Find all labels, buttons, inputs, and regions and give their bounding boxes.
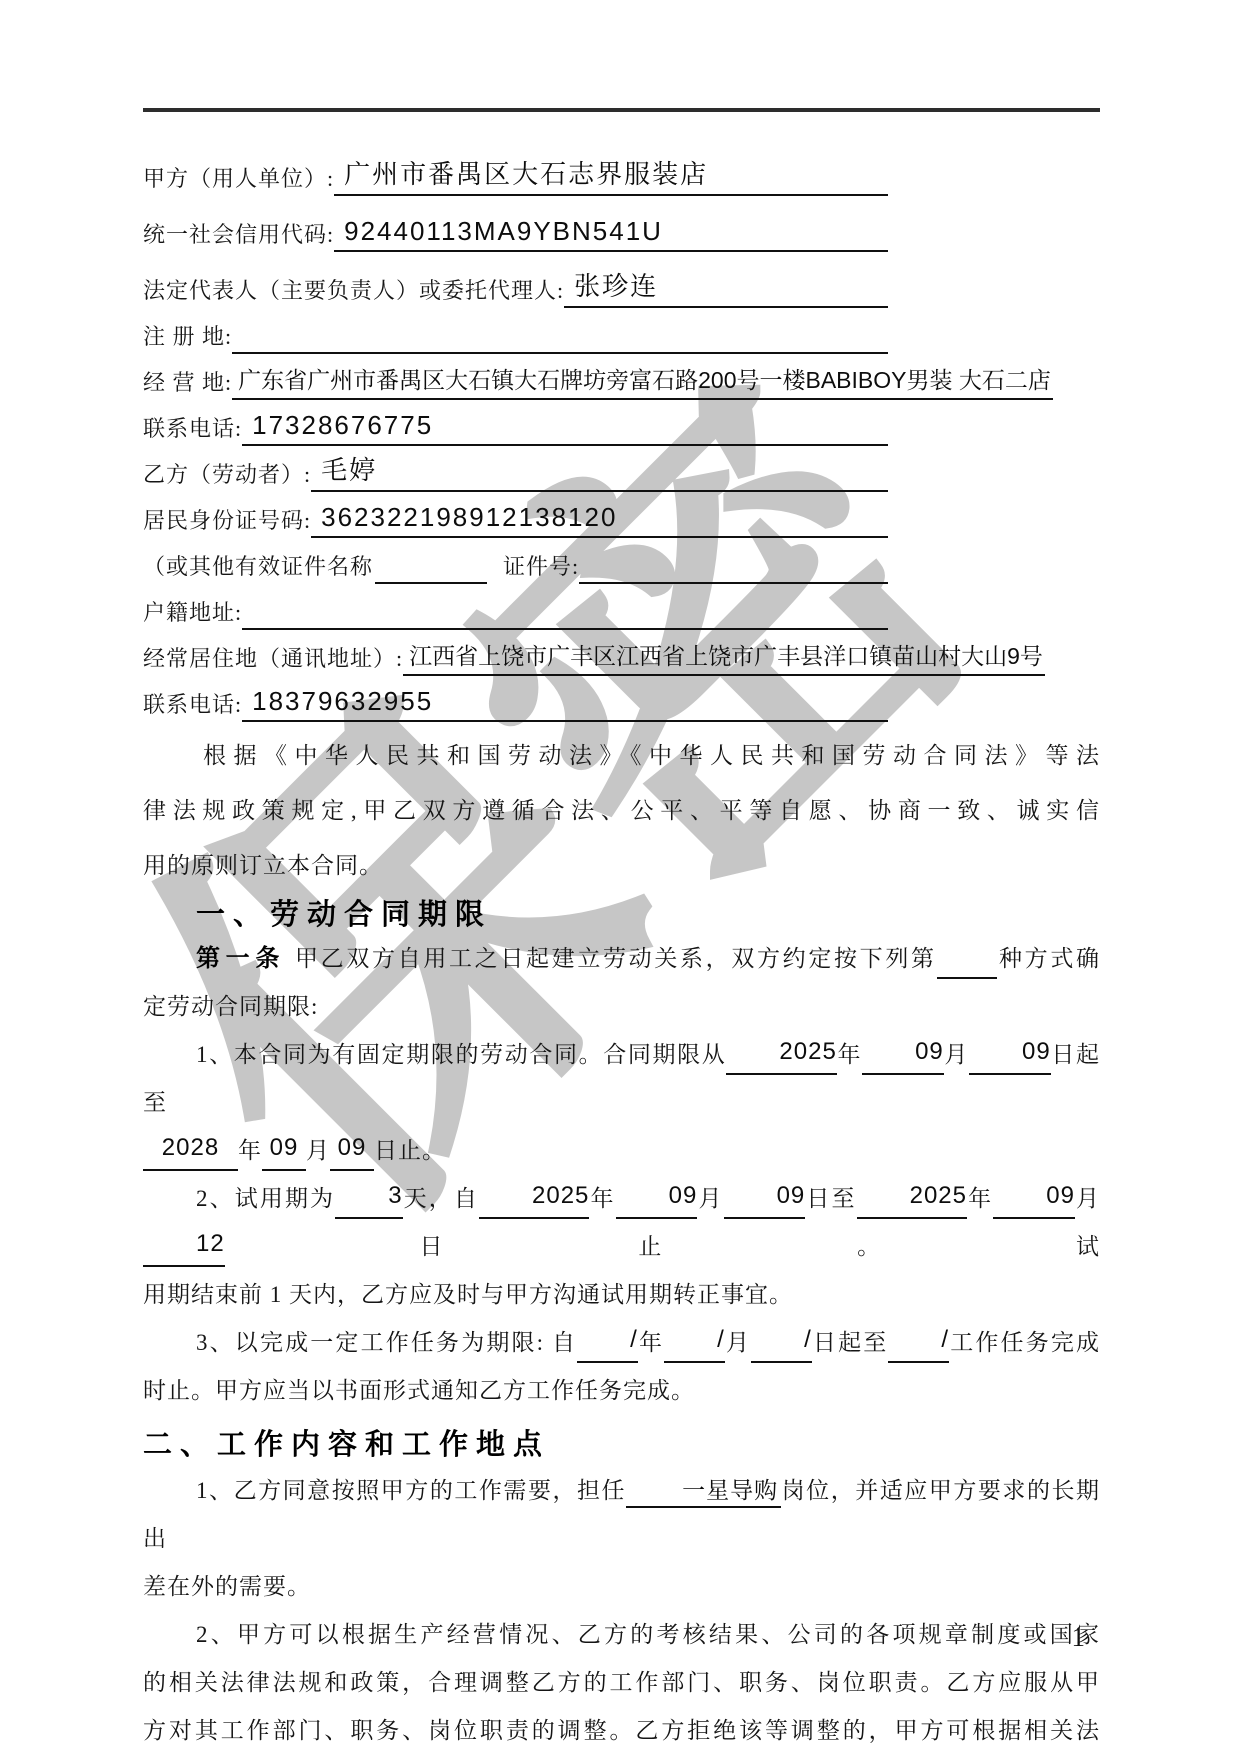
field-label: 注 册 地: (143, 320, 232, 354)
document-line: 方对其工作部门、职务、岗位职责的调整。乙方拒绝该等调整的，甲方可根据相关法 (143, 1707, 1100, 1753)
header-rule (143, 108, 1100, 112)
field-row-credit-code: 统一社会信用代码: 92440113MA9YBN541U (143, 196, 888, 252)
text-segment: 2、试用期为 (196, 1186, 335, 1211)
field-label: 法定代表人（主要负责人）或委托代理人: (143, 274, 564, 308)
field-row-business-address: 经 营 地: 广东省广州市番禺区大石镇大石牌坊旁富石路200号一楼BABIBOY… (143, 354, 888, 400)
field-underline: 江西省上饶市广丰区江西省上饶市广丰县洋口镇苗山村大山9号 (403, 634, 1045, 676)
text-segment: 甲乙双方自用工之日起建立劳动关系，双方约定按下列第 (295, 946, 937, 971)
text-segment: 月 (697, 1186, 723, 1211)
text-segment: 年 (238, 1138, 262, 1163)
field-row-legal-representative: 法定代表人（主要负责人）或委托代理人: 张珍连 (143, 252, 888, 308)
document-line: 用期结束前 1 天内，乙方应及时与甲方沟通试用期转正事宜。 (143, 1271, 1100, 1319)
field-underline: 17328676775 (242, 404, 888, 446)
field-label: 甲方（用人单位）: (143, 162, 334, 196)
text-segment: 律法规政策规定,甲乙双方遵循合法、公平、平等自愿、协商一致、诚实信 (143, 798, 1100, 823)
text-segment: 定劳动合同期限: (143, 994, 318, 1019)
fill-in-value: / (577, 1327, 638, 1363)
fill-in-value: 2025 (479, 1183, 589, 1219)
contract-body: 根据《中华人民共和国劳动法》《中华人民共和国劳动合同法》等法律法规政策规定,甲乙… (143, 728, 1100, 1753)
document-line: 时止。甲方应当以书面形式通知乙方工作任务完成。 (143, 1367, 1100, 1415)
document-line: 1、本合同为有固定期限的劳动合同。合同期限从2025年09月09日起至 (143, 1031, 1100, 1127)
text-segment: 日止。 (374, 1138, 446, 1163)
intro-paragraph: 根据《中华人民共和国劳动法》《中华人民共和国劳动合同法》等法律法规政策规定,甲乙… (143, 728, 1100, 893)
clause-article-1: 第一条甲乙双方自用工之日起建立劳动关系，双方约定按下列第 种方式确定劳动合同期限… (143, 935, 1100, 1031)
text-segment: 1、本合同为有固定期限的劳动合同。合同期限从 (196, 1042, 726, 1067)
text-segment: 用的原则订立本合同。 (143, 853, 383, 878)
field-label: （或其他有效证件名称 (143, 550, 373, 584)
text-segment: 月 (1075, 1186, 1100, 1211)
field-label: 统一社会信用代码: (143, 218, 334, 252)
field-value: 张珍连 (564, 266, 660, 306)
field-underline: 18379632955 (242, 680, 888, 722)
text-segment: 年 (967, 1186, 993, 1211)
document-line: 2、甲方可以根据生产经营情况、乙方的考核结果、公司的各项规章制度或国家 (143, 1611, 1100, 1659)
field-label: 户籍地址: (143, 596, 242, 630)
text-segment: 年 (589, 1186, 615, 1211)
field-underline: 广东省广州市番禺区大石镇大石牌坊旁富石路200号一楼BABIBOY男装 大石二店 (232, 358, 1053, 400)
field-row-id-number: 居民身份证号码: 362322198912138120 (143, 492, 888, 538)
field-value: 广州市番禺区大石志界服装店 (334, 154, 710, 194)
fill-in-value (937, 943, 998, 979)
text-segment: 种方式确 (997, 946, 1100, 971)
text-segment: 时止。甲方应当以书面形式通知乙方工作任务完成。 (143, 1378, 695, 1403)
fill-in-value: 09 (862, 1039, 944, 1075)
document-line: 根据《中华人民共和国劳动法》《中华人民共和国劳动合同法》等法 (143, 728, 1100, 783)
field-underline: 张珍连 (564, 266, 888, 308)
text-segment: 方对其工作部门、职务、岗位职责的调整。乙方拒绝该等调整的，甲方可根据相关法 (143, 1718, 1100, 1743)
fill-in-value: 09 (724, 1183, 806, 1219)
field-underline (579, 542, 888, 584)
document-line: 3、以完成一定工作任务为期限: 自/年/月/日起至/工作任务完成 (143, 1319, 1100, 1367)
document-line: 律法规政策规定,甲乙双方遵循合法、公平、平等自愿、协商一致、诚实信 (143, 783, 1100, 838)
text-segment: 年 (837, 1042, 862, 1067)
fill-in-value: 12 (143, 1231, 225, 1267)
document-line: 用的原则订立本合同。 (143, 838, 1100, 893)
document-line: 1、乙方同意按照甲方的工作需要，担任一星导购岗位，并适应甲方要求的长期出 (143, 1467, 1100, 1563)
clause-fixed-term: 1、本合同为有固定期限的劳动合同。合同期限从2025年09月09日起至2028年… (143, 1031, 1100, 1175)
field-row-household-address: 户籍地址: (143, 584, 888, 630)
page-number: 1 (1072, 1622, 1086, 1653)
form-fields: 甲方（用人单位）: 广州市番禺区大石志界服装店 统一社会信用代码: 924401… (143, 140, 1100, 722)
field-label: 联系电话: (143, 688, 242, 722)
fill-in-value: 09 (330, 1135, 374, 1171)
text-segment: 的相关法律法规和政策，合理调整乙方的工作部门、职务、岗位职责。乙方应服从甲 (143, 1670, 1100, 1695)
bold-text: 第一条 (196, 945, 285, 972)
field-row-employer: 甲方（用人单位）: 广州市番禺区大石志界服装店 (143, 140, 888, 196)
document-line: 2、试用期为3天，自2025年09月09日至2025年09月12日止。试 (143, 1175, 1100, 1271)
field-value (232, 349, 244, 352)
text-segment: 用期结束前 1 天内，乙方应及时与甲方沟通试用期转正事宜。 (143, 1282, 793, 1307)
text-segment: 月 (725, 1330, 751, 1355)
field-value: 17328676775 (242, 410, 435, 444)
fill-in-value: 2028 (143, 1135, 238, 1171)
clause-position: 1、乙方同意按照甲方的工作需要，担任一星导购岗位，并适应甲方要求的长期出差在外的… (143, 1467, 1100, 1611)
clause-task-term: 3、以完成一定工作任务为期限: 自/年/月/日起至/工作任务完成时止。甲方应当以… (143, 1319, 1100, 1415)
fill-in-value: 一星导购 (626, 1478, 781, 1508)
text-segment: 月 (944, 1042, 969, 1067)
field-value: 18379632955 (242, 686, 435, 720)
field-value (242, 625, 254, 628)
text-segment: 1、乙方同意按照甲方的工作需要，担任 (196, 1478, 626, 1503)
field-row-other-certificate: （或其他有效证件名称 证件号: (143, 538, 888, 584)
fill-in-value: / (888, 1327, 949, 1363)
text-segment: 3、以完成一定工作任务为期限: 自 (196, 1330, 577, 1355)
field-label: 居民身份证号码: (143, 504, 311, 538)
text-segment: 日起至 (812, 1330, 889, 1355)
field-value: 广东省广州市番禺区大石镇大石牌坊旁富石路200号一楼BABIBOY男装 大石二店 (232, 362, 1053, 398)
contract-page: 保密 甲方（用人单位）: 广州市番禺区大石志界服装店 统一社会信用代码: 924… (0, 0, 1240, 1753)
clause-adjustment: 2、甲方可以根据生产经营情况、乙方的考核结果、公司的各项规章制度或国家的相关法律… (143, 1611, 1100, 1753)
text-segment: 日止。试 (225, 1234, 1100, 1259)
page-content: 甲方（用人单位）: 广州市番禺区大石志界服装店 统一社会信用代码: 924401… (0, 108, 1240, 1753)
document-line: 第一条甲乙双方自用工之日起建立劳动关系，双方约定按下列第 种方式确 (143, 935, 1100, 983)
field-row-employee-phone: 联系电话: 18379632955 (143, 676, 888, 722)
fill-in-value: 09 (969, 1039, 1051, 1075)
field-label: 证件号: (503, 550, 579, 584)
field-value: 362322198912138120 (311, 502, 619, 536)
field-label: 联系电话: (143, 412, 242, 446)
text-segment: 2、甲方可以根据生产经营情况、乙方的考核结果、公司的各项规章制度或国家 (196, 1622, 1100, 1647)
section-heading-work: 二、工作内容和工作地点 (143, 1423, 1100, 1467)
text-segment: 差在外的需要。 (143, 1574, 311, 1599)
text-segment: 根据《中华人民共和国劳动法》《中华人民共和国劳动合同法》等法 (203, 743, 1100, 768)
text-segment: 日至 (805, 1186, 856, 1211)
document-line: 的相关法律法规和政策，合理调整乙方的工作部门、职务、岗位职责。乙方应服从甲 (143, 1659, 1100, 1707)
fill-in-value: 09 (993, 1183, 1075, 1219)
text-segment: 月 (306, 1138, 330, 1163)
clause-probation: 2、试用期为3天，自2025年09月09日至2025年09月12日止。试用期结束… (143, 1175, 1100, 1319)
field-value (579, 579, 591, 582)
certificate-name-blank (375, 552, 487, 584)
field-label: 经 营 地: (143, 366, 232, 400)
field-label: 乙方（劳动者）: (143, 458, 311, 492)
field-value: 江西省上饶市广丰区江西省上饶市广丰县洋口镇苗山村大山9号 (403, 638, 1045, 674)
fill-in-value: 3 (335, 1183, 402, 1219)
fill-in-value: 2025 (726, 1039, 836, 1075)
document-line: 定劳动合同期限: (143, 983, 1100, 1031)
text-segment: 天，自 (403, 1186, 479, 1211)
field-underline: 广州市番禺区大石志界服装店 (334, 154, 888, 196)
fill-in-value: / (664, 1327, 725, 1363)
field-underline: 362322198912138120 (311, 496, 888, 538)
field-underline (242, 588, 888, 630)
field-value: 92440113MA9YBN541U (334, 216, 665, 250)
field-value: 毛婷 (311, 450, 379, 490)
document-line: 2028年09月09日止。 (143, 1127, 1100, 1175)
fill-in-value: / (751, 1327, 812, 1363)
text-segment: 工作任务完成 (949, 1330, 1100, 1355)
section-heading-term: 一、劳动合同期限 (143, 895, 1100, 935)
field-row-employer-phone: 联系电话: 17328676775 (143, 400, 888, 446)
field-underline (232, 312, 888, 354)
field-row-registered-address: 注 册 地: (143, 308, 888, 354)
field-underline: 92440113MA9YBN541U (334, 210, 888, 252)
field-label: 经常居住地（通讯地址）: (143, 642, 403, 676)
fill-in-value: 09 (616, 1183, 698, 1219)
field-underline: 毛婷 (311, 450, 888, 492)
fill-in-value: 09 (262, 1135, 306, 1171)
text-segment: 年 (638, 1330, 664, 1355)
field-row-employee: 乙方（劳动者）: 毛婷 (143, 446, 888, 492)
document-line: 差在外的需要。 (143, 1563, 1100, 1611)
fill-in-value: 2025 (857, 1183, 967, 1219)
field-row-residence-address: 经常居住地（通讯地址）: 江西省上饶市广丰区江西省上饶市广丰县洋口镇苗山村大山9… (143, 630, 888, 676)
